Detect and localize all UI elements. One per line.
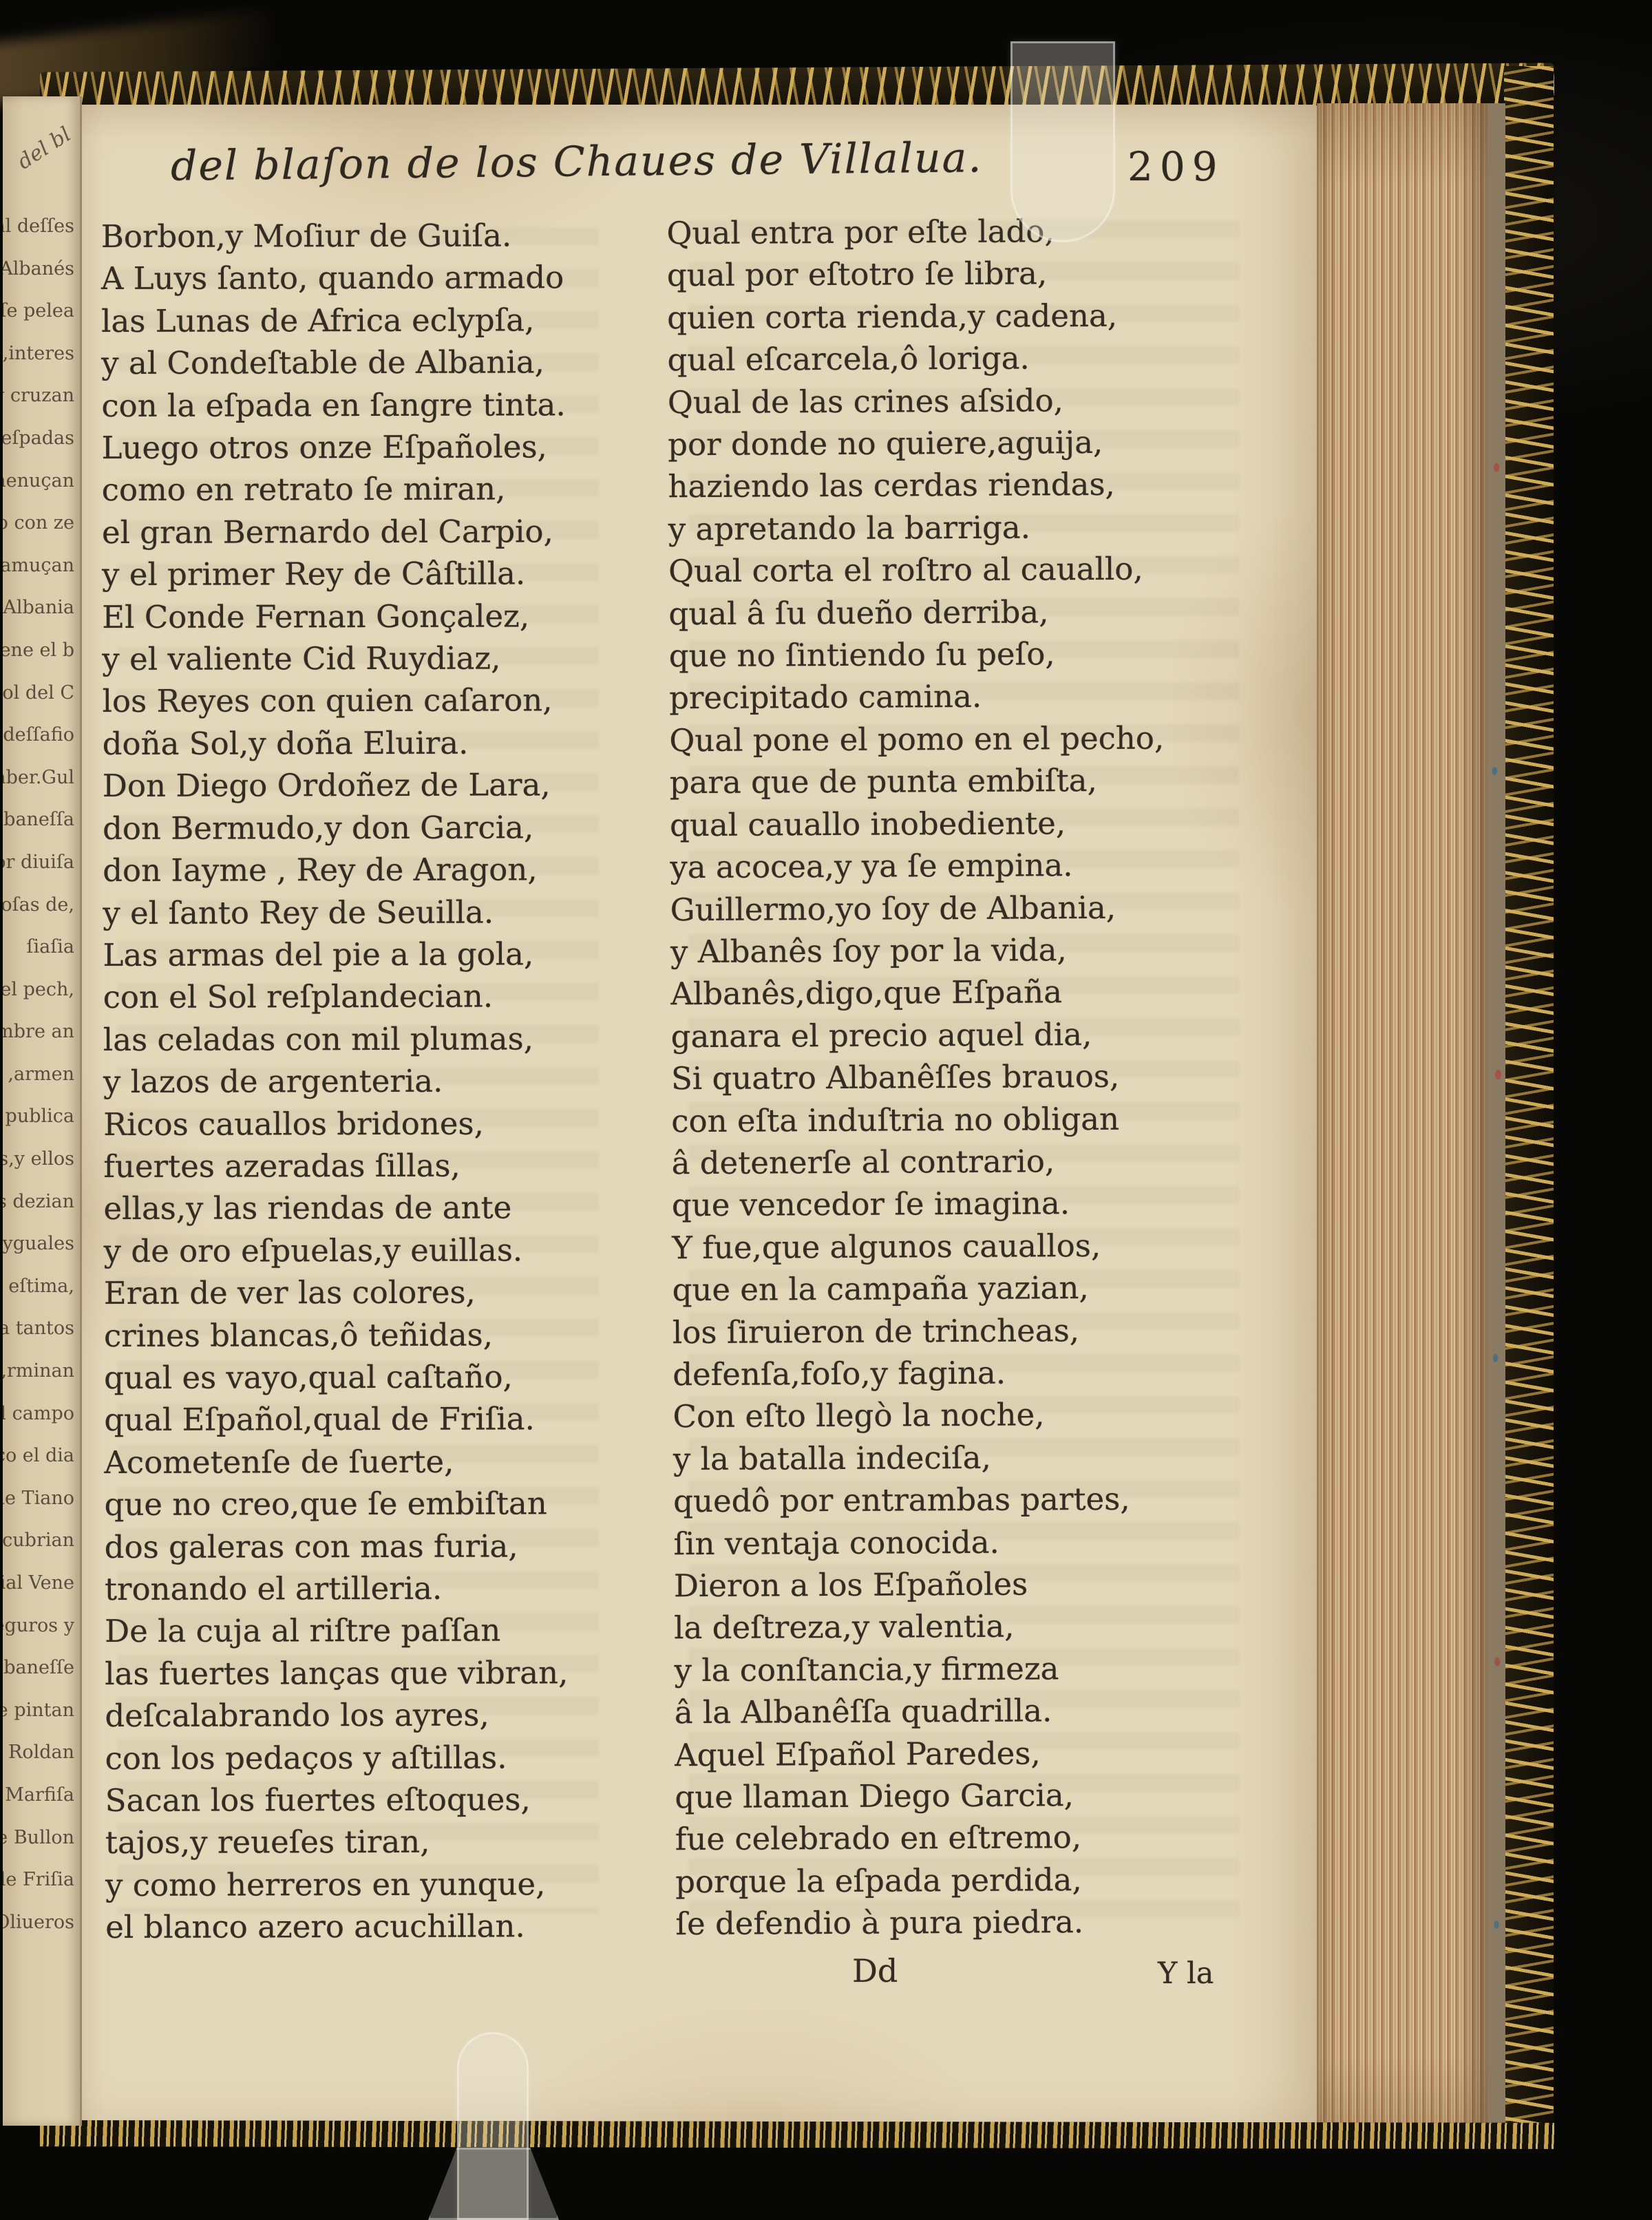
previous-page-text-fragment: ,y eſtima,: [3, 1265, 80, 1308]
previous-page-text-fragment: o,o con ze: [3, 502, 80, 545]
verse-line: Y fue,que algunos cauallos,: [672, 1223, 1264, 1269]
verse-line: fue celebrado en eſtremo,: [675, 1815, 1267, 1861]
verse-line: el blanco azero acuchillan.: [105, 1905, 656, 1949]
verse-line: ellas,y las riendas de ante: [103, 1186, 654, 1230]
verse-line: A Luys ſanto, quando armado: [101, 256, 652, 300]
verse-line: Eran de ver las colores,: [104, 1271, 655, 1315]
verse-line: Qual de las crines aſsido,: [668, 378, 1260, 423]
previous-page-text-fragment: ſeguros y: [3, 1605, 80, 1647]
verse-line: con el Sol reſplandecian.: [103, 975, 654, 1019]
previous-page-text-fragment: e Bullon,: [3, 1817, 80, 1859]
marbled-endpaper-strip: [1487, 103, 1505, 2127]
previous-page-text-fragment: de Tiano,: [3, 1477, 80, 1520]
verse-line: qual Eſpañol,qual de Friſia.: [104, 1397, 655, 1441]
verse-line: los Reyes con quien caſaron,: [102, 679, 653, 723]
verse-line: qual eſcarcela,ô loriga.: [667, 336, 1259, 381]
poem-column-left: Borbon,y Moſiur de Guiſa.A Luys ſanto, q…: [101, 214, 657, 1949]
previous-page-text-fragment: que pintan: [3, 1689, 80, 1732]
verse-line: y Albanês ſoy por la vida,: [670, 928, 1262, 973]
previous-page-text-fragment: ſaber.Gul: [3, 757, 80, 799]
verse-line: y el valiente Cid Ruydiaz,: [102, 637, 653, 681]
verse-line: que llaman Diego Garcia,: [675, 1773, 1267, 1819]
verse-line: con la eſpada en ſangre tinta.: [101, 383, 652, 427]
verse-line: las celadas con mil plumas,: [103, 1017, 654, 1061]
verse-line: con eſta induſtria no obligan: [671, 1097, 1263, 1142]
verse-line: don Iayme , Rey de Aragon,: [103, 848, 653, 892]
acrylic-page-holder-top: [1010, 41, 1115, 242]
verse-line: ganara el precio aquel dia,: [671, 1012, 1263, 1057]
verse-line: y la conſtancia,y firmeza: [674, 1647, 1266, 1692]
verse-line: Ricos cauallos bridones,: [103, 1101, 654, 1145]
verse-line: y apretando la barriga.: [668, 505, 1260, 551]
verse-line: y de oro eſpuelas,y euillas.: [104, 1229, 655, 1273]
verse-line: y el primer Rey de Câſtilla.: [102, 552, 653, 596]
previous-page-text-fragment: las eſpadas: [3, 417, 80, 460]
previous-page-text-fragment: rcial Vene: [3, 1562, 80, 1605]
previous-page-text-fragment: Albaneſſa,: [3, 799, 80, 841]
previous-page-text-fragment: eſmenuçan,: [3, 460, 80, 503]
verse-line: y como herreros en yunque,: [105, 1863, 656, 1907]
page-number: 209: [1127, 143, 1225, 190]
previous-page-text-fragment: e al campo: [3, 1393, 80, 1435]
verse-line: para que de punta embiſta,: [670, 759, 1262, 804]
verse-line: que en la campaña yazian,: [672, 1266, 1264, 1311]
previous-page-text-fragment: en,y cruzan: [3, 374, 80, 417]
verse-line: Sacan los fuertes eſtoques,: [105, 1778, 656, 1822]
previous-page-text-fragment: de Albanés,: [3, 248, 80, 290]
verse-line: qual â ſu dueño derriba,: [668, 589, 1260, 635]
verse-line: Albanês,digo,que Eſpaña: [670, 970, 1262, 1015]
verse-line: crines blancas,ô teñidas,: [104, 1313, 655, 1357]
verse-line: que no creo,que ſe embiſtan: [105, 1482, 655, 1526]
previous-page-text-fragment: ſiaſia: [3, 926, 80, 969]
verse-line: precipitado camina.: [669, 674, 1261, 719]
verse-line: el gran Bernardo del Carpio,: [102, 510, 653, 554]
verse-line: Si quatro Albanêſſes brauos,: [671, 1055, 1263, 1100]
book-scan-photo: { "page": { "header_title": "del blaſon …: [0, 0, 1652, 2220]
verse-line: por donde no quiere,aguija,: [668, 421, 1260, 466]
previous-page-text-fragment: e Albaneſſe: [3, 1647, 80, 1689]
verse-line: Las armas del pie a la gola,: [103, 933, 653, 977]
verse-line: y lazos de argenteria.: [103, 1059, 654, 1103]
verse-line: quedô por entrambas partes,: [673, 1477, 1265, 1523]
verse-line: con los pedaços y aſtillas.: [105, 1736, 655, 1780]
gilt-bottom-edge: [40, 2120, 1554, 2149]
verse-line: fuertes azeradas ſillas,: [103, 1144, 654, 1188]
previous-page-text-fragment: tos a tantos: [3, 1307, 80, 1350]
previous-page-text-fragment: las cubrian,: [3, 1519, 80, 1562]
verse-line: Borbon,y Moſiur de Guiſa.: [101, 214, 652, 258]
verse-line: Con eſto llegò la noche,: [673, 1393, 1264, 1438]
running-head-title: del blaſon de los Chaues de Villalua.: [171, 133, 1039, 190]
verse-line: deſcalabrando los ayres,: [105, 1693, 655, 1737]
previous-leaf-edge: del bl ial deſſesde Albanés,ſe pelea,int…: [3, 96, 82, 2126]
verse-line: haziendo las cerdas riendas,: [668, 463, 1260, 508]
verse-line: las fuertes lanças que vibran,: [105, 1651, 655, 1695]
previous-page-text-fragment: ia publica.: [3, 1095, 80, 1138]
previous-page-text-fragment: e Marfiſa,: [3, 1774, 80, 1817]
verse-line: dos galeras con mas furia,: [105, 1525, 655, 1569]
previous-page-text-fragment: s dezian,: [3, 1181, 80, 1223]
previous-page-text-fragment: ial deſſes: [3, 205, 80, 248]
verse-line: Qual corta el roſtro al cauallo,: [668, 547, 1260, 593]
verse-line: que no ſintiendo ſu peſo,: [669, 632, 1261, 677]
verse-line: porque la eſpada perdida,: [675, 1858, 1267, 1903]
page-block-fore-edge: [1317, 103, 1490, 2127]
verse-line: los ſiruieron de trincheas,: [673, 1308, 1264, 1353]
previous-page-text-fragment: aramuçan.: [3, 545, 80, 587]
previous-page-text-fragment: os,y ellos: [3, 1138, 80, 1181]
previous-page-text-fragment: de Friſia,: [3, 1859, 80, 1901]
verse-line: tronando el artilleria.: [105, 1567, 655, 1611]
verse-line: defenſa,foſo,y fagina.: [673, 1351, 1264, 1396]
verse-line: y la batalla indeciſa,: [673, 1435, 1265, 1481]
verse-line: tajos,y reueſes tiran,: [105, 1820, 656, 1864]
verse-line: ſin ventaja conocida.: [673, 1519, 1265, 1565]
verse-line: qual es vayo,qual caſtaño,: [104, 1355, 655, 1399]
verse-line: qual por eſtotro ſe libra,: [667, 251, 1259, 297]
verse-line: Don Diego Ordoñez de Lara,: [103, 763, 653, 807]
verse-line: Dieron a los Eſpañoles: [674, 1562, 1266, 1607]
verse-line: Aquel Eſpañol Paredes,: [675, 1731, 1267, 1776]
previous-page-text-fragment: ,y roſas de: [3, 884, 80, 927]
verse-line: â la Albanêſſa quadrilla.: [675, 1689, 1267, 1734]
verse-line: â detenerſe al contrario,: [671, 1139, 1263, 1185]
previous-page-text-fragment: aço el dia,: [3, 1435, 80, 1477]
previous-page-text-fragment: Oliueros,: [3, 1901, 80, 1944]
previous-page-text-fragment: armen,: [3, 1053, 80, 1096]
verse-line: ya acocea,y ya ſe empina.: [670, 843, 1262, 889]
verse-line: Guillermo,yo ſoy de Albania,: [670, 885, 1262, 931]
verse-line: don Bermudo,y don Garcia,: [103, 806, 653, 850]
previous-page-text-fragment: ſe pelea,: [3, 290, 80, 332]
verse-line: qual cauallo inobediente,: [670, 801, 1262, 846]
verse-line: quien corta rienda,y cadena,: [667, 294, 1259, 339]
poem-column-right: Qual entra por eſte lado,qual por eſtotr…: [666, 209, 1267, 1945]
verse-line: Luego otros onze Eſpañoles,: [102, 425, 653, 469]
previous-page-text-fragment: ,que el pech: [3, 969, 80, 1011]
previous-page-text-fragment: pañol del C: [3, 672, 80, 715]
signature-mark: Dd: [852, 1952, 898, 1989]
previous-page-text-fragment: Albania,: [3, 586, 80, 629]
gilt-fore-cover-edge: [1504, 66, 1554, 2146]
verse-line: como en retrato ſe miran,: [102, 467, 653, 511]
verse-line: Qual pone el pomo en el pecho,: [669, 717, 1261, 762]
verse-line: que vencedor ſe imagina.: [672, 1181, 1264, 1227]
verse-line: las Lunas de Africa eclypſa,: [101, 299, 652, 343]
previous-page-text-fragment: ſtumbre an: [3, 1011, 80, 1053]
catchword: Y la: [1158, 1956, 1214, 1991]
verse-line: doña Sol,y doña Eluira.: [103, 721, 653, 765]
verse-line: ſe defendio à pura piedra.: [675, 1900, 1267, 1945]
verse-line: De la cuja al riſtre paſſan: [105, 1609, 655, 1653]
verse-line: y el ſanto Rey de Seuilla.: [103, 890, 653, 934]
previous-page-text-fragment: rminan,: [3, 1350, 80, 1393]
verse-line: Qual entra por eſte lado,: [666, 209, 1258, 255]
previous-page-text-fragment: or diuiſa: [3, 841, 80, 884]
verse-line: El Conde Fernan Gonçalez,: [102, 595, 653, 639]
previous-page-text-fragment: n tiene el b: [3, 629, 80, 672]
verse-line: la deſtreza,y valentia,: [674, 1604, 1266, 1649]
previous-page-text-fragment: no,a Roldan,: [3, 1731, 80, 1774]
previous-page-text-fragment: interes,: [3, 332, 80, 375]
verse-line: y al Condeſtable de Albania,: [101, 341, 652, 385]
verse-line: Acometenſe de ſuerte,: [104, 1440, 655, 1484]
previous-page-text-fragment: del deſſafio: [3, 714, 80, 757]
previous-page-text-fragment: n yguales: [3, 1223, 80, 1265]
